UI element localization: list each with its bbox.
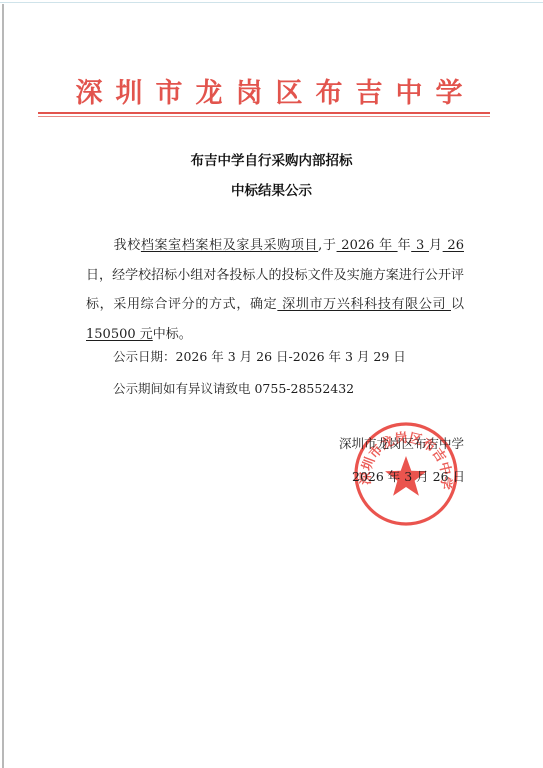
para-prefix: 我校 — [113, 238, 141, 253]
award-amount: 150500 元 — [86, 327, 153, 342]
award-month: 3 — [411, 238, 429, 253]
para-end: 中标。 — [153, 327, 192, 342]
year-suffix: 年 — [398, 238, 412, 253]
amount-prefix: 以 — [451, 297, 464, 312]
project-name: 档案室档案柜及家具采购项目 — [141, 238, 318, 253]
page-left-edge — [2, 4, 4, 768]
day-suffix: 日， — [86, 268, 112, 283]
award-day: 26 — [443, 238, 464, 253]
letterhead-title: 深圳市龙岗区布吉中学 — [0, 71, 543, 110]
para-after-project: ,于 — [318, 238, 336, 253]
page-top-edge — [0, 2, 543, 3]
month-suffix: 月 — [429, 238, 443, 253]
signature-date: 2026 年 3 月 26 日 — [352, 467, 465, 485]
award-year: 2026 年 — [337, 238, 398, 253]
notice-contact: 公示期间如有异议请致电 0755-28552432 — [113, 379, 354, 397]
announcement-paragraph: 我校档案室档案柜及家具采购项目,于 2026 年 年 3 月 26 日，经学校招… — [86, 231, 464, 349]
signature-organization: 深圳市龙岗区布吉中学 — [339, 434, 464, 452]
notice-period: 公示日期：2026 年 3 月 26 日-2026 年 3 月 29 日 — [113, 347, 406, 365]
document-subtitle: 中标结果公示 — [0, 179, 543, 199]
document-title: 布吉中学自行采购内部招标 — [0, 149, 543, 169]
letterhead-rule-thin — [38, 116, 490, 117]
winning-company: 深圳市万兴科科技有限公司 — [277, 297, 451, 312]
letterhead-rule-thick — [38, 112, 490, 114]
